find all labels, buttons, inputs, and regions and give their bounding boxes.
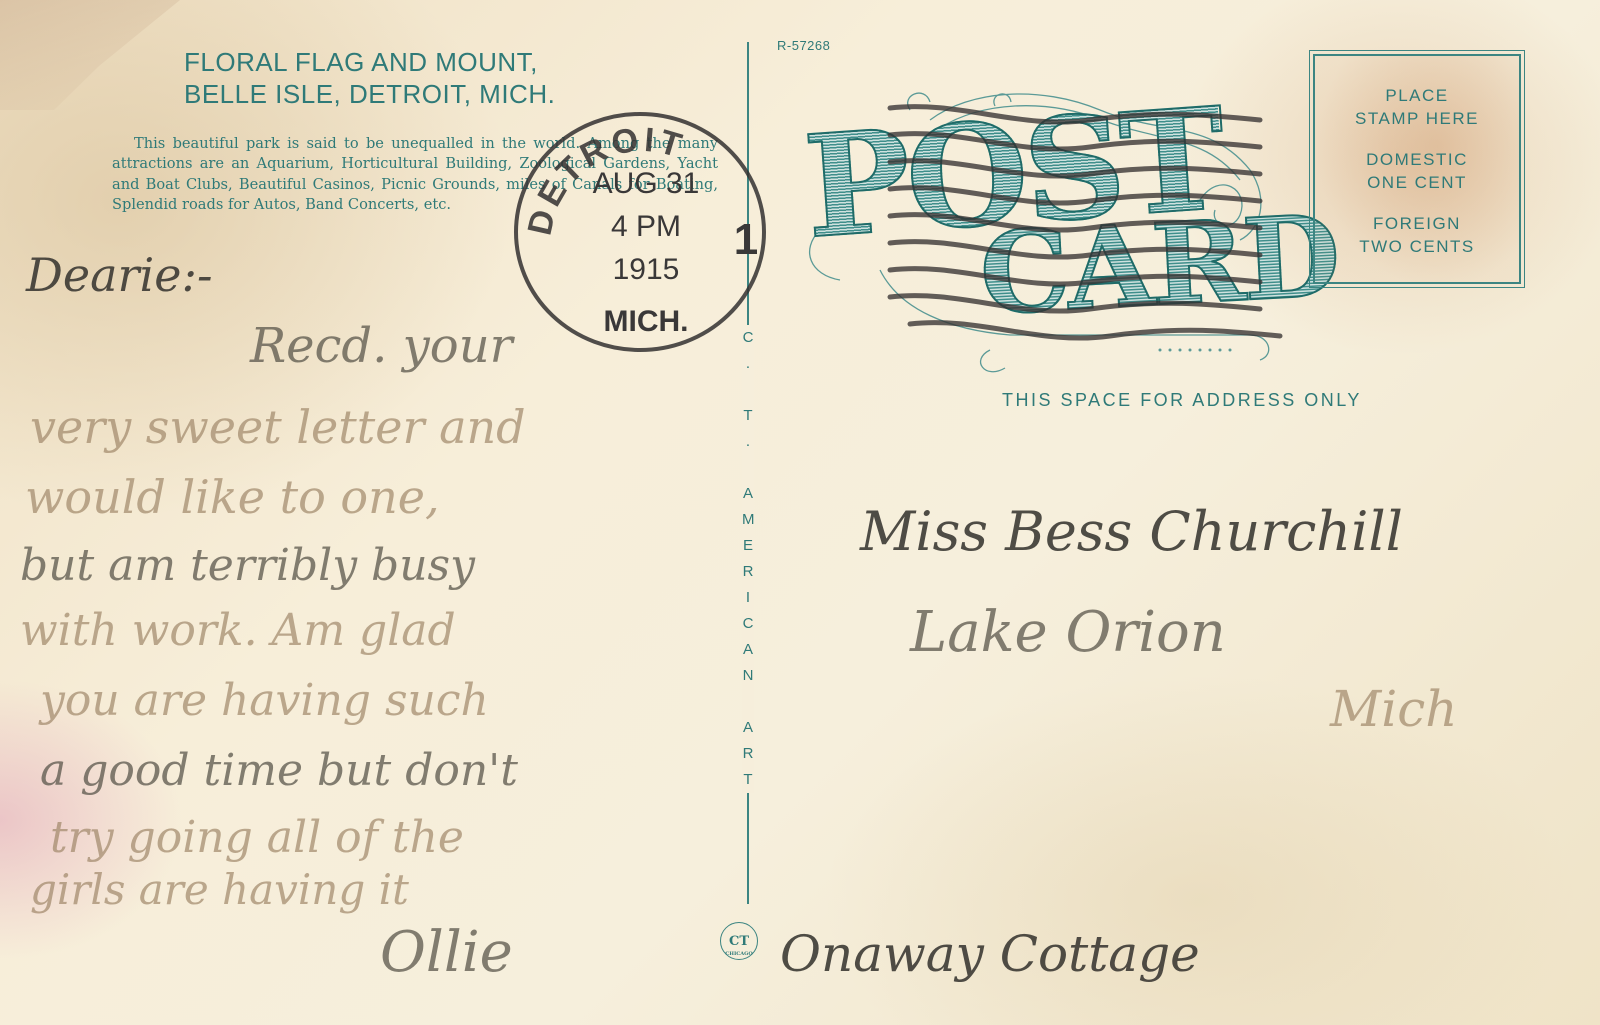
publisher-logo-city: CHICAGO <box>725 951 753 957</box>
publisher-code: R-57268 <box>777 38 830 53</box>
imprint-letter: R <box>742 559 754 585</box>
postmark: DETROIT AUG 31 4 PM 1915 MICH. 1 <box>511 107 769 357</box>
caption-title-line-2: BELLE ISLE, DETROIT, MICH. <box>184 78 555 110</box>
address-line-name: Miss Bess Churchill <box>860 500 1403 563</box>
imprint-letter: E <box>742 533 754 559</box>
imprint-letter: N <box>742 663 754 689</box>
address-label: THIS SPACE FOR ADDRESS ONLY <box>1002 390 1362 411</box>
stamp-text-one-cent: ONE CENT <box>1315 171 1519 194</box>
imprint-letter: A <box>742 637 754 663</box>
cancellation-lines <box>880 90 1300 350</box>
imprint-letter: . <box>742 429 754 455</box>
torn-corner <box>0 0 180 110</box>
publisher-logo-monogram: CT <box>729 934 749 949</box>
postcard-back: FLORAL FLAG AND MOUNT, BELLE ISLE, DETRO… <box>0 0 1600 1025</box>
message-line: a good time but don't <box>40 745 518 796</box>
postmark-year: 1915 <box>591 253 701 287</box>
message-line: would like to one, <box>25 470 440 524</box>
imprint-letter: M <box>742 507 754 533</box>
imprint-letter: C <box>742 611 754 637</box>
caption-title-line-1: FLORAL FLAG AND MOUNT, <box>184 46 555 78</box>
imprint-letter: A <box>742 481 754 507</box>
message-line: try going all of the <box>50 812 464 863</box>
imprint-letter <box>742 377 754 403</box>
message-line: you are having such <box>40 675 489 726</box>
imprint-letter <box>742 455 754 481</box>
address-line-town: Lake Orion <box>910 600 1226 665</box>
message-signature: Ollie <box>380 920 513 985</box>
stamp-text-domestic: DOMESTIC <box>1315 148 1519 171</box>
message-line: girls are having it <box>30 865 409 914</box>
postmark-date: AUG 31 <box>591 167 701 201</box>
publisher-logo-icon: CT CHICAGO <box>720 922 758 960</box>
address-line-cottage: Onaway Cottage <box>780 925 1200 983</box>
message-line: with work. Am glad <box>20 605 456 656</box>
stamp-text-foreign: FOREIGN <box>1315 212 1519 235</box>
imprint-letter <box>742 689 754 715</box>
postmark-time: 4 PM <box>591 210 701 244</box>
postmark-state: MICH. <box>581 305 711 339</box>
message-line: Recd. your <box>250 318 513 374</box>
postmark-station: 1 <box>731 215 761 265</box>
message-line: but am terribly busy <box>20 540 475 591</box>
imprint-letter: I <box>742 585 754 611</box>
imprint-letter: A <box>742 715 754 741</box>
imprint-letter: T <box>742 767 754 793</box>
stamp-text-two-cents: TWO CENTS <box>1315 235 1519 258</box>
stamp-text-place: PLACE <box>1315 84 1519 107</box>
stamp-text-here: STAMP HERE <box>1315 107 1519 130</box>
publisher-vertical-imprint: C. T. AMERICAN ART <box>742 325 754 793</box>
message-line: Dearie:- <box>26 248 213 302</box>
message-line: very sweet letter and <box>30 400 526 454</box>
address-line-state: Mich <box>1330 680 1457 738</box>
imprint-letter: T <box>742 403 754 429</box>
stamp-placement-box: PLACE STAMP HERE DOMESTIC ONE CENT FOREI… <box>1313 54 1521 284</box>
caption-title: FLORAL FLAG AND MOUNT, BELLE ISLE, DETRO… <box>184 46 555 110</box>
imprint-letter: R <box>742 741 754 767</box>
